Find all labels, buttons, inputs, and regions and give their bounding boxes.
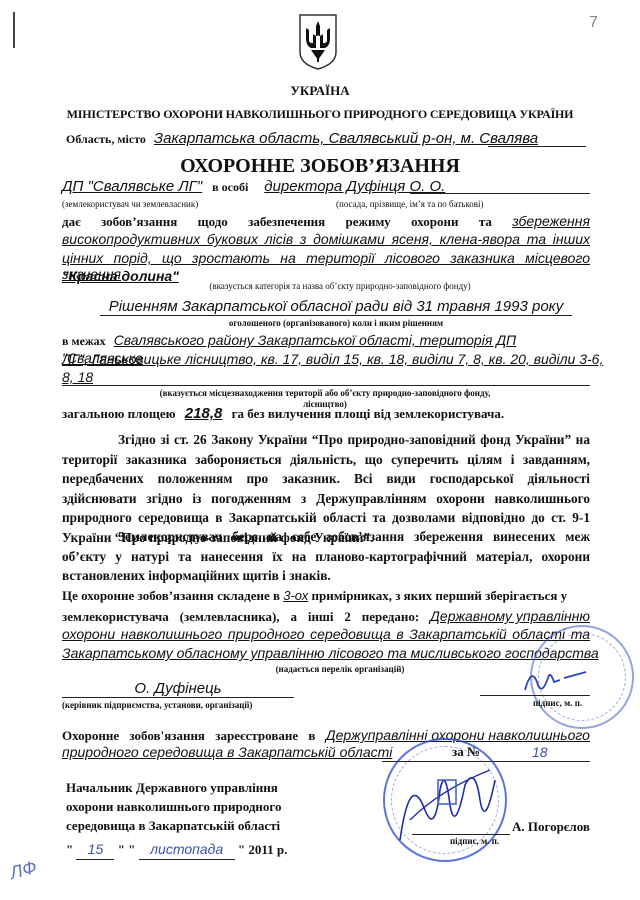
decision-underline xyxy=(100,315,572,316)
word: в xyxy=(308,726,315,745)
date-day: 15 xyxy=(76,840,114,860)
registration-number: 18 xyxy=(532,744,548,760)
word: інші xyxy=(308,607,334,626)
word: (землевласника), xyxy=(180,607,280,626)
obligation-line-2: високопродуктивних букових лісів з доміш… xyxy=(62,231,590,247)
word: зобов'язання xyxy=(129,726,205,745)
copies-line-3: охорони навколишнього природного середов… xyxy=(62,626,590,642)
region-underline xyxy=(488,146,586,147)
copies-count: 3-ох xyxy=(283,588,308,603)
in-person-label: в особі xyxy=(212,180,248,194)
chief-signature-line xyxy=(412,834,510,835)
word: зареєстроване xyxy=(215,726,298,745)
head-name-underline xyxy=(62,697,294,698)
word: а xyxy=(290,607,297,626)
obligation-italic-start: збереження xyxy=(512,212,590,231)
word: режиму xyxy=(346,212,391,231)
area-prefix: загальною площею xyxy=(62,406,176,421)
area-suffix: га без вилучення площі від землекористув… xyxy=(232,406,505,421)
chief-title-3: середовища в Закарпатській області xyxy=(66,816,280,835)
word: зобов’язання xyxy=(101,212,177,231)
area-value: 218,8 xyxy=(185,405,223,422)
head-caption: (керівник підприємства, установи, органі… xyxy=(62,700,252,710)
registration-line-1: Охоронне зобов'язання зареєстроване в Де… xyxy=(62,726,590,745)
word: землекористувача xyxy=(62,607,169,626)
decision-value: Рішенням Закарпатської обласної ради від… xyxy=(100,298,572,315)
region-label: Область, місто xyxy=(66,132,146,146)
copies-middle: примірниках, з яких перший зберігається … xyxy=(312,588,568,603)
word: Охоронне xyxy=(62,726,119,745)
date-year: " 2011 р. xyxy=(238,842,287,857)
region-row: Область, місто Закарпатська область, Сва… xyxy=(66,130,586,150)
obligation-line-1: дає зобов’язання щодо забезпечення режим… xyxy=(62,212,590,231)
chief-title-1: Начальник Державного управління xyxy=(66,778,278,797)
word: 2 xyxy=(344,607,351,626)
object-caption: (вказується категорія та назва об’єкту п… xyxy=(100,281,580,291)
word: передано: xyxy=(362,607,419,626)
area-row: загальною площею 218,8 га без вилучення … xyxy=(62,404,504,423)
ministry-title: МІНІСТЕРСТВО ОХОРОНИ НАВКОЛИШНЬОГО ПРИРО… xyxy=(0,107,640,122)
scan-edge-mark xyxy=(13,12,15,48)
copies-caption: (надається перелік організацій) xyxy=(100,664,580,674)
copies-line-4: Закарпатському обласному управлінню лісо… xyxy=(62,645,590,661)
region-value: Закарпатська область, Свалявський р-он, … xyxy=(154,130,538,147)
head-signature xyxy=(520,660,590,700)
date-month: листопада xyxy=(139,840,235,860)
registration-line-2: природного середовища в Закарпатській об… xyxy=(62,744,590,762)
word: охорони xyxy=(411,212,458,231)
location-line-3: 8, 18 xyxy=(62,369,93,385)
chief-sign-caption: підпис, м. п. xyxy=(450,836,499,846)
location-underline xyxy=(62,385,590,386)
head-name: О. Дуфінець xyxy=(62,680,294,697)
chief-name: А. Погорєлов xyxy=(512,817,590,836)
word: та xyxy=(479,212,492,231)
location-label: в межах xyxy=(62,334,106,348)
country-title: УКРАЇНА xyxy=(0,83,640,99)
land-user-name: ДП "Свалявське ЛГ" xyxy=(62,178,202,195)
head-signature-line xyxy=(480,695,590,696)
copies-line-1: Це охоронне зобов’язання складене в 3-ох… xyxy=(62,586,567,605)
location-caption-1: (вказується місцезнаходження території а… xyxy=(80,388,570,398)
margin-initials: ЛФ xyxy=(8,857,39,884)
registration-authority-2: природного середовища в Закарпатській об… xyxy=(62,744,392,760)
chief-title-2: охорони навколишнього природного xyxy=(66,797,281,816)
representative-underline xyxy=(410,193,590,194)
land-user-caption: (землекористувач чи землевласник) xyxy=(62,199,198,209)
decision-caption: оголошеного (організованого) коли і яким… xyxy=(100,318,572,328)
head-sign-caption: підпис, м. п. xyxy=(533,698,582,708)
word: щодо xyxy=(198,212,228,231)
date-row: " 15 " " листопада " 2011 р. xyxy=(66,840,287,860)
quote-mid: " " xyxy=(118,842,136,857)
copies-recipient-start: Державному управлінню xyxy=(430,607,590,626)
word: забезпечення xyxy=(248,212,325,231)
coat-of-arms-icon xyxy=(297,12,339,72)
location-line-2: ЛГ", Ганьковицьке лісництво, кв. 17, вид… xyxy=(62,351,590,367)
word: дає xyxy=(62,212,81,231)
quote-open: " xyxy=(66,842,73,857)
copies-prefix: Це охоронне зобов’язання складене в xyxy=(62,588,280,603)
land-user-paragraph: Землекористувач бере на себе зобов’язанн… xyxy=(62,527,590,586)
document-title: ОХОРОННЕ ЗОБОВ’ЯЗАННЯ xyxy=(0,155,640,178)
copies-line-2: землекористувача (землевласника), а інші… xyxy=(62,607,590,626)
page-number-handwritten: 7 xyxy=(589,14,598,32)
representative-caption: (посада, прізвище, ім’я та по батькові) xyxy=(336,199,484,209)
